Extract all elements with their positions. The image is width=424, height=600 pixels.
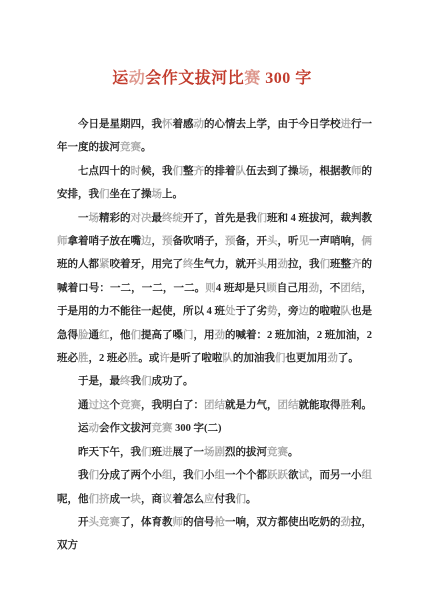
text-segment: 坐在了操 bbox=[110, 189, 152, 200]
text-segment: 4 班却是只 bbox=[216, 283, 266, 294]
text-segment: 的排着 bbox=[204, 166, 236, 177]
text-segment: 们 bbox=[89, 470, 100, 481]
text-segment: 场 bbox=[89, 213, 100, 224]
text-segment: 300 字(二) bbox=[173, 423, 222, 434]
text-segment: ，我 bbox=[173, 470, 194, 481]
text-segment: 一响，双方都使出吃奶的 bbox=[225, 517, 341, 528]
paragraph: 运动会作文拔河竞赛 300 字(二) bbox=[57, 417, 372, 440]
text-segment: 成功了。 bbox=[152, 376, 194, 387]
text-segment: 。 bbox=[246, 494, 257, 505]
text-segment: 上。 bbox=[162, 189, 183, 200]
text-segment: 。 bbox=[141, 142, 152, 153]
text-segment: 通 bbox=[78, 400, 89, 411]
text-segment: 呢，他 bbox=[57, 494, 89, 505]
text-segment: 团结 bbox=[204, 400, 225, 411]
text-segment: 们 bbox=[173, 166, 184, 177]
text-segment: ，我明白了： bbox=[141, 400, 204, 411]
text-segment: ，商 bbox=[141, 494, 162, 505]
text-segment: 成一 bbox=[110, 494, 131, 505]
text-segment: 场 bbox=[152, 189, 163, 200]
text-segment: 竞赛 bbox=[152, 423, 173, 434]
text-segment: ，而另一小 bbox=[309, 470, 362, 481]
text-segment: 进 bbox=[341, 119, 352, 130]
title-segment: 300 字 bbox=[261, 70, 312, 87]
text-segment: ，用 bbox=[194, 330, 215, 341]
text-segment: 头 bbox=[267, 236, 278, 247]
paragraph: 一场精彩的对决最终绽开了，首先是我们班和 4 班拔河，裁判教师拿着哨子放在嘴边，… bbox=[57, 207, 372, 371]
text-segment: 一 bbox=[78, 213, 89, 224]
text-segment: 紧 bbox=[99, 259, 110, 270]
text-segment: 着感 bbox=[173, 119, 194, 130]
text-segment: 们 bbox=[131, 330, 142, 341]
text-segment: 红 bbox=[99, 330, 110, 341]
paragraph: 于是，最终我们成功了。 bbox=[57, 370, 372, 393]
text-segment: 是听了啦啦 bbox=[170, 353, 223, 364]
text-segment: 预 bbox=[225, 236, 236, 247]
text-segment: 通 bbox=[89, 330, 100, 341]
text-segment: 们挤 bbox=[89, 494, 110, 505]
text-segment: 今日是星期四，我 bbox=[78, 119, 162, 130]
text-segment: 脸 bbox=[78, 330, 89, 341]
text-segment: 对决 bbox=[131, 213, 152, 224]
text-segment: 许 bbox=[159, 353, 170, 364]
text-segment: 七点四十的 bbox=[78, 166, 131, 177]
text-segment: 齐 bbox=[194, 166, 205, 177]
text-segment: 的啦啦 bbox=[309, 306, 341, 317]
paragraph: 通过这个竞赛，我明白了：团结就是力气，团结就能取得胜利。 bbox=[57, 394, 372, 417]
text-segment: ， bbox=[152, 236, 163, 247]
page-title: 运动会作文拔河比赛 300 字 bbox=[0, 0, 424, 92]
text-segment: 生气力，就开 bbox=[194, 259, 257, 270]
text-segment: ，旁 bbox=[278, 306, 299, 317]
text-segment: 们 bbox=[275, 353, 286, 364]
text-segment: 头 bbox=[257, 259, 268, 270]
text-segment: 动 bbox=[194, 119, 205, 130]
text-segment: 欲 bbox=[288, 470, 299, 481]
paragraph: 七点四十的时候，我们整齐的排着队伍去到了操场，根据教师的安排，我们坐在了操场上。 bbox=[57, 160, 372, 207]
text-segment: 我 bbox=[78, 470, 89, 481]
text-segment: 边 bbox=[141, 236, 152, 247]
text-segment: ，根据教 bbox=[309, 166, 351, 177]
text-segment: 进 bbox=[162, 447, 173, 458]
text-segment: 团结 bbox=[340, 283, 361, 294]
text-segment: 着怎么 bbox=[173, 494, 205, 505]
text-segment: 试 bbox=[299, 470, 310, 481]
text-segment: 个 bbox=[110, 400, 121, 411]
text-segment: 竞赛 bbox=[267, 447, 288, 458]
text-segment: 整 bbox=[183, 166, 194, 177]
text-segment: 就是力气， bbox=[225, 400, 278, 411]
text-segment: 边 bbox=[299, 306, 310, 317]
text-segment: ，听 bbox=[278, 236, 299, 247]
text-segment: 最 bbox=[152, 213, 163, 224]
title-segment: 赛 bbox=[244, 70, 261, 87]
text-segment: 预 bbox=[162, 236, 173, 247]
text-segment: 开 bbox=[78, 517, 89, 528]
text-segment: 运 bbox=[78, 423, 89, 434]
text-segment: 候，我 bbox=[141, 166, 173, 177]
title-segment: 会作文拔河比 bbox=[145, 70, 244, 87]
text-segment: 们 bbox=[320, 259, 331, 270]
text-segment: 开了，首先是我 bbox=[183, 213, 257, 224]
text-segment: 我 bbox=[131, 376, 142, 387]
text-segment: 。 bbox=[288, 447, 299, 458]
text-segment: 们 bbox=[141, 376, 152, 387]
text-segment: 组 bbox=[215, 470, 226, 481]
text-segment: 于了劣 bbox=[236, 306, 268, 317]
text-segment: 伍去到了操 bbox=[246, 166, 299, 177]
text-segment: 班整 bbox=[330, 259, 351, 270]
text-segment: 胜 bbox=[341, 400, 352, 411]
text-segment: 班和 4 班拔河，裁判教 bbox=[267, 213, 372, 224]
text-segment: 一声哨响， bbox=[309, 236, 362, 247]
text-segment: 组 bbox=[162, 470, 173, 481]
text-segment: 小 bbox=[204, 470, 215, 481]
text-segment: 师 bbox=[173, 517, 184, 528]
text-segment: 一个个都 bbox=[225, 470, 267, 481]
text-segment: 就能取得 bbox=[299, 400, 341, 411]
text-segment: ，不 bbox=[319, 283, 340, 294]
text-segment: 。或 bbox=[138, 353, 159, 364]
text-segment: 劲 bbox=[309, 283, 320, 294]
text-segment: 团结 bbox=[278, 400, 299, 411]
text-segment: 咬着牙，用完了 bbox=[110, 259, 184, 270]
text-segment: 会作文拔河 bbox=[99, 423, 152, 434]
text-segment: 们 bbox=[194, 470, 205, 481]
text-segment: 终 bbox=[183, 259, 194, 270]
text-segment: 班 bbox=[152, 447, 163, 458]
text-segment: 用 bbox=[267, 259, 278, 270]
title-segment: 运 bbox=[112, 70, 129, 87]
text-segment: 过这 bbox=[89, 400, 110, 411]
text-segment: 拉，我 bbox=[288, 259, 320, 270]
text-segment: 的信号 bbox=[183, 517, 215, 528]
text-segment: ，2 班必 bbox=[89, 353, 128, 364]
text-segment: 胜 bbox=[78, 353, 89, 364]
text-segment: 枪 bbox=[215, 517, 226, 528]
text-segment: 烈的拔河 bbox=[225, 447, 267, 458]
text-segment: 付我 bbox=[215, 494, 236, 505]
text-segment: 竞赛 bbox=[120, 142, 141, 153]
text-segment: 的加油我 bbox=[233, 353, 275, 364]
text-segment: 们 bbox=[236, 494, 247, 505]
text-segment: 终 bbox=[120, 376, 131, 387]
text-segment: 精彩的 bbox=[99, 213, 131, 224]
text-segment: 块 bbox=[131, 494, 142, 505]
text-segment: 师 bbox=[57, 236, 68, 247]
text-segment: 昨天下午，我 bbox=[78, 447, 141, 458]
text-segment: 处 bbox=[225, 306, 236, 317]
title-segment: 动 bbox=[129, 70, 146, 87]
text-segment: 队 bbox=[222, 353, 233, 364]
text-segment: 动 bbox=[89, 423, 100, 434]
document-page: 运动会作文拔河比赛 300 字 今日是星期四，我怀着感动的心情去上学，由于今日学… bbox=[0, 0, 424, 600]
text-segment: 分成了两个小 bbox=[99, 470, 162, 481]
text-segment: 终绽 bbox=[162, 213, 183, 224]
paragraph: 开头竞赛了，体育教师的信号枪一响，双方都使出吃奶的劲拉，双方 bbox=[57, 511, 372, 558]
text-segment: 自己用 bbox=[277, 283, 309, 294]
text-segment: 提高了嗓 bbox=[141, 330, 183, 341]
text-segment: 劲 bbox=[327, 353, 338, 364]
paragraph: 今日是星期四，我怀着感动的心情去上学，由于今日学校进行一年一度的拔河竞赛。 bbox=[57, 113, 372, 160]
text-segment: 备吹哨子， bbox=[173, 236, 226, 247]
text-segment: 拿着哨子放在嘴 bbox=[68, 236, 142, 247]
text-segment: 怀 bbox=[162, 119, 173, 130]
text-segment: 俩 bbox=[362, 236, 373, 247]
text-segment: 场剧 bbox=[204, 447, 225, 458]
paragraph: 我们分成了两个小组，我们小组一个个都跃跃欲试，而另一小组呢，他们挤成一块，商议着… bbox=[57, 464, 372, 511]
text-segment: 势 bbox=[267, 306, 278, 317]
text-segment: 劲 bbox=[341, 517, 352, 528]
text-segment: 展了一 bbox=[173, 447, 205, 458]
text-segment: 们 bbox=[141, 447, 152, 458]
text-segment: 备，开 bbox=[236, 236, 268, 247]
text-segment: 劲 bbox=[278, 259, 289, 270]
text-segment: 时 bbox=[131, 166, 142, 177]
text-segment: 应 bbox=[204, 494, 215, 505]
text-segment: 胜 bbox=[128, 353, 139, 364]
text-segment: 见 bbox=[299, 236, 310, 247]
text-segment: 队 bbox=[341, 306, 352, 317]
text-segment: ，他 bbox=[110, 330, 131, 341]
text-segment: 头竞赛 bbox=[89, 517, 121, 528]
text-segment: 劲 bbox=[215, 330, 226, 341]
text-segment: 跃跃 bbox=[267, 470, 288, 481]
text-segment: 们 bbox=[99, 189, 110, 200]
paragraph: 昨天下午，我们班进展了一场剧烈的拔河竞赛。 bbox=[57, 441, 372, 464]
document-body: 今日是星期四，我怀着感动的心情去上学，由于今日学校进行一年一度的拔河竞赛。七点四… bbox=[57, 113, 372, 558]
text-segment: 于是，最 bbox=[78, 376, 120, 387]
text-segment: 了，体育教 bbox=[120, 517, 173, 528]
text-segment: 队 bbox=[236, 166, 247, 177]
text-segment: 门 bbox=[183, 330, 194, 341]
text-segment: 场 bbox=[299, 166, 310, 177]
text-segment: 了。 bbox=[338, 353, 359, 364]
text-segment: 竞赛 bbox=[120, 400, 141, 411]
text-segment: 利。 bbox=[351, 400, 372, 411]
text-segment: 则 bbox=[205, 283, 216, 294]
text-segment: 议 bbox=[162, 494, 173, 505]
text-segment: 齐 bbox=[351, 259, 362, 270]
text-segment: 组 bbox=[362, 470, 373, 481]
text-segment: 们 bbox=[257, 213, 268, 224]
text-segment: 顾 bbox=[266, 283, 277, 294]
text-segment: 师 bbox=[351, 166, 362, 177]
text-segment: 的心情去上学，由于今日学校 bbox=[204, 119, 341, 130]
text-segment: 班的人都 bbox=[57, 259, 99, 270]
text-segment: 也更加用 bbox=[285, 353, 327, 364]
